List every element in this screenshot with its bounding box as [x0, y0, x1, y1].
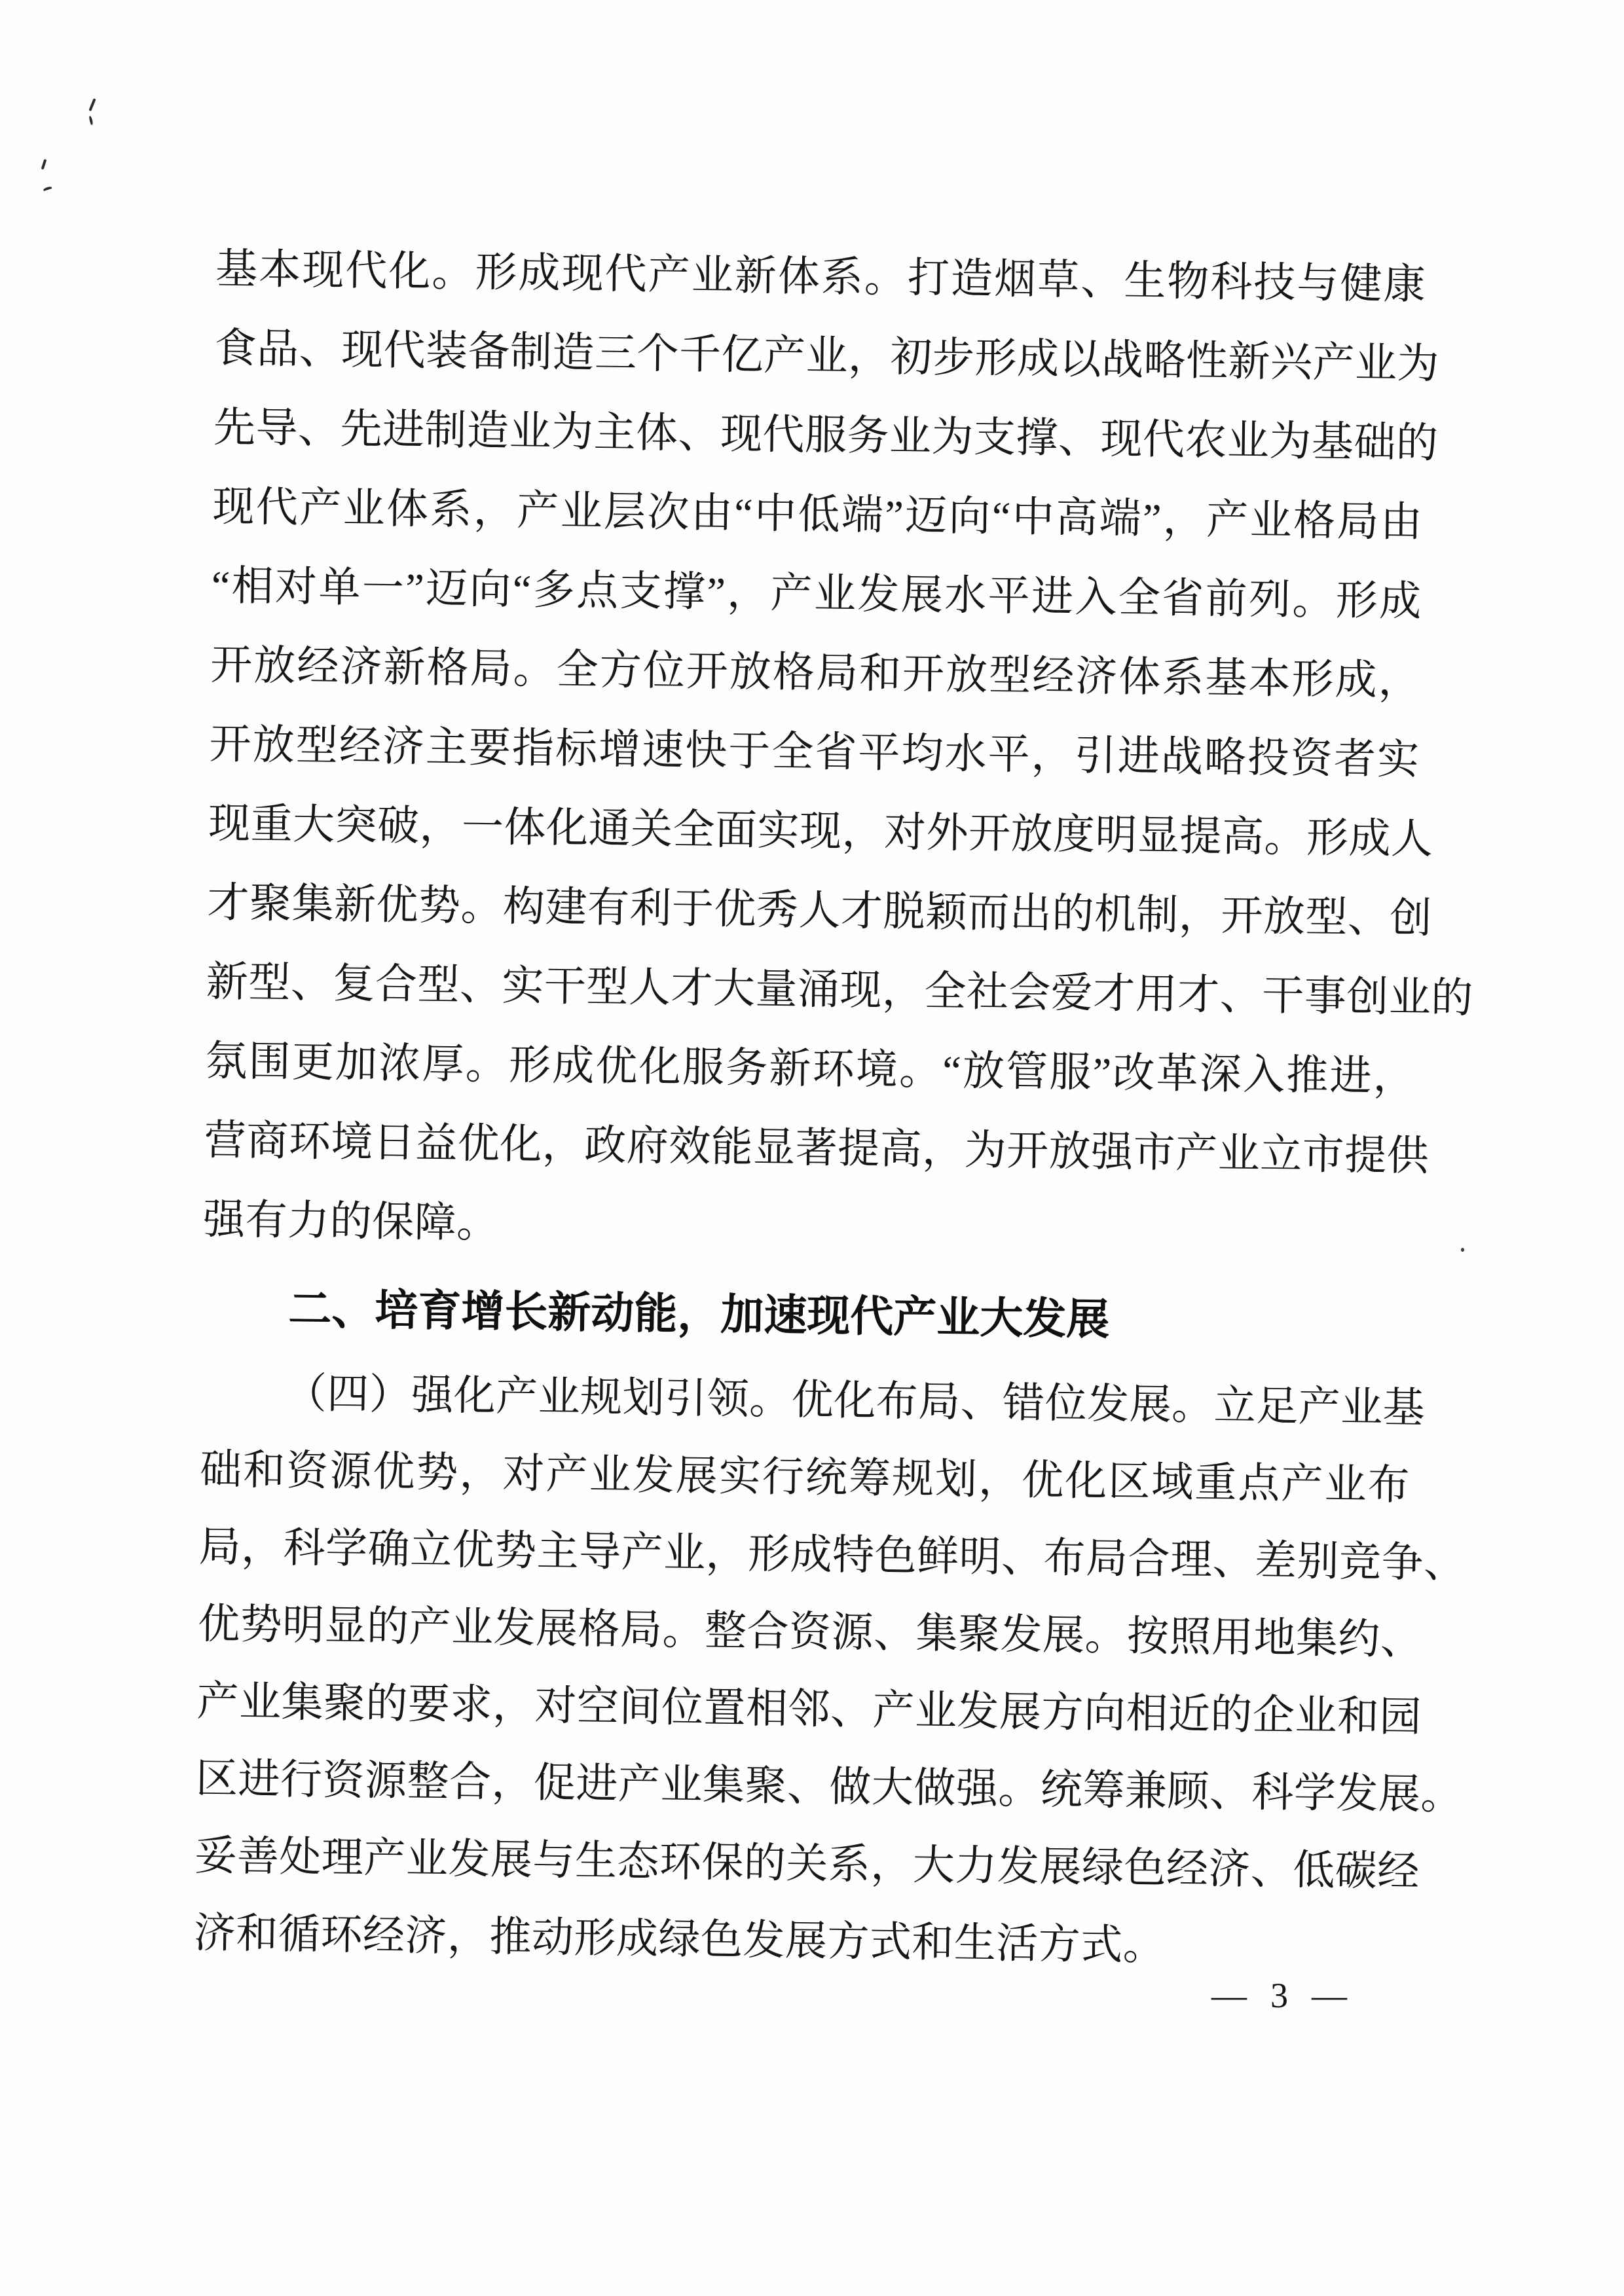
body-line: 食品、现代装备制造三个千亿产业，初步形成以战略性新兴产业为	[214, 308, 1425, 403]
body-line: 氛围更加浓厚。形成优化服务新环境。“放管服”改革深入推进，	[205, 1021, 1416, 1116]
body-line: 现重大突破，一体化通关全面实现，对外开放度明显提高。形成人	[208, 784, 1418, 879]
page-footer: — 3 —	[1211, 1976, 1347, 2015]
body-line: 济和循环经济，推动形成绿色发展方式和生活方式。	[193, 1895, 1404, 1988]
body-line: 开放型经济主要指标增速快于全省平均水平，引进战略投资者实	[209, 704, 1420, 799]
scan-artifact-2	[89, 116, 94, 126]
body-line: 才聚集新优势。构建有利于优秀人才脱颖而出的机制，开放型、创	[207, 863, 1418, 958]
page-number: 3	[1270, 1976, 1288, 2015]
footer-dash-left: —	[1211, 1976, 1247, 2015]
body-line: 先导、先进制造业为主体、现代服务业为支撑、现代农业为基础的	[213, 388, 1424, 483]
section-heading: 二、培育增长新动能，加速现代产业大发展	[202, 1268, 1412, 1363]
body-line: 现代产业体系，产业层次由“中低端”迈向“中高端”，产业格局由	[212, 467, 1423, 562]
scan-artifact-4	[43, 186, 52, 191]
document-page: 基本现代化。形成现代产业新体系。打造烟草、生物科技与健康 食品、现代装备制造三个…	[0, 0, 1624, 2296]
body-line: 基本现代化。形成现代产业新体系。打造烟草、生物科技与健康	[215, 229, 1426, 324]
footer-dash-right: —	[1312, 1976, 1347, 2015]
document-content: 基本现代化。形成现代产业新体系。打造烟草、生物科技与健康 食品、现代装备制造三个…	[193, 229, 1426, 1988]
scan-artifact-5	[1461, 1248, 1464, 1252]
paragraph-1: 基本现代化。形成现代产业新体系。打造烟草、生物科技与健康 食品、现代装备制造三个…	[202, 229, 1426, 1275]
scan-artifact-3	[41, 159, 47, 170]
paragraph-2: （四）强化产业规划引领。优化布局、错位发展。立足产业基 础和资源优势，对产业发展…	[193, 1354, 1411, 1988]
body-line: “相对单一”迈向“多点支撑”，产业发展水平进入全省前列。形成	[211, 546, 1422, 641]
body-line: 新型、复合型、实干型人才大量涌现，全社会爱才用才、干事创业的	[206, 942, 1416, 1037]
body-line: 营商环境日益优化，政府效能显著提高，为开放强市产业立市提供	[204, 1101, 1414, 1195]
body-line: 开放经济新格局。全方位开放格局和开放型经济体系基本形成，	[210, 625, 1420, 720]
scan-artifact-1	[88, 98, 96, 111]
body-line: 强有力的保障。	[202, 1180, 1413, 1275]
